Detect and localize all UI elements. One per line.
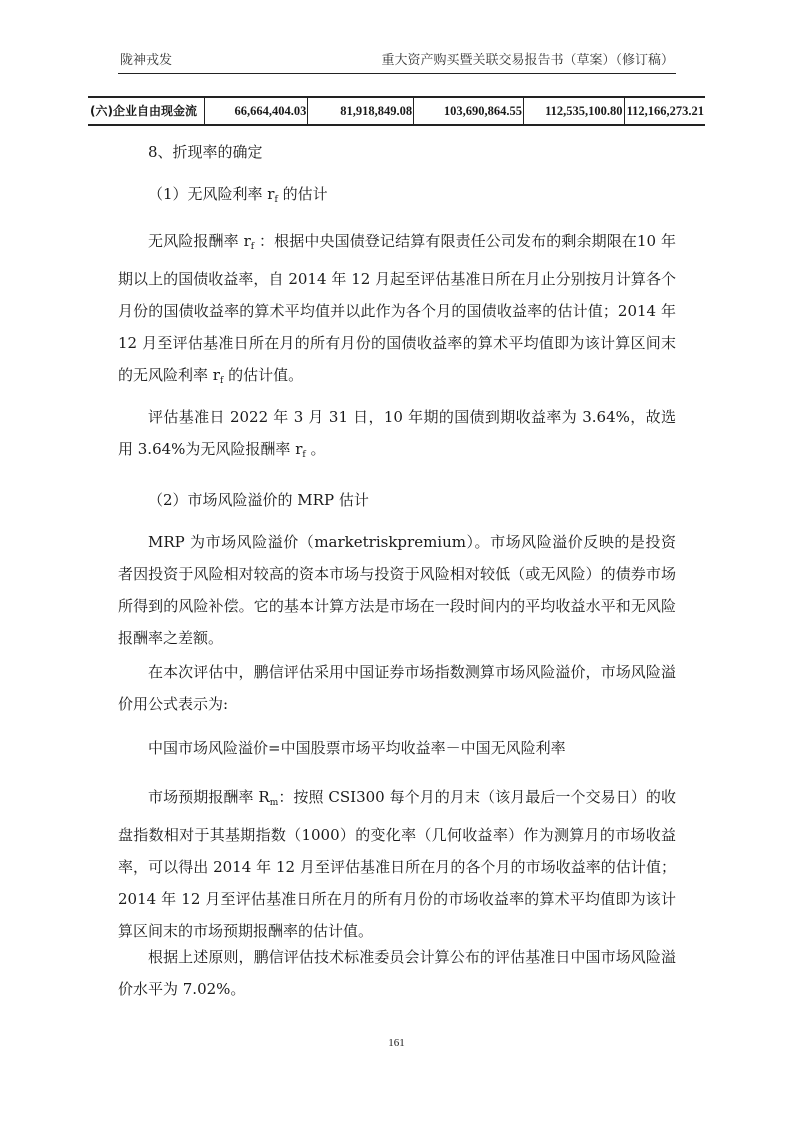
row-label: (六)企业自由现金流	[88, 97, 204, 125]
table-cell: 66,664,404.03	[204, 97, 308, 125]
paragraph-risk-free-definition: 无风险报酬率 rf ：根据中央国债登记结算有限责任公司发布的剩余期限在10 年期…	[118, 225, 676, 397]
header-document-title: 重大资产购买暨关联交易报告书（草案）（修订稿）	[381, 52, 674, 70]
paragraph-mrp-conclusion: 根据上述原则，鹏信评估技术标准委员会计算公布的评估基准日中国市场风险溢价水平为 …	[118, 941, 676, 1005]
header-company: 陇神戎发	[120, 52, 172, 70]
table-cell: 81,918,849.08	[308, 97, 414, 125]
table-cell: 112,535,100.80	[523, 97, 624, 125]
paragraph-mrp-method: 在本次评估中，鹏信评估采用中国证券市场指数测算市场风险溢价，市场风险溢价用公式表…	[118, 656, 676, 720]
paragraph-mrp-definition: MRP 为市场风险溢价（marketriskpremium）。市场风险溢价反映的…	[118, 526, 676, 654]
page-number: 161	[0, 1037, 793, 1049]
paragraph-market-return: 市场预期报酬率 Rm：按照 CSI300 每个月的月末（该月最后一个交易日）的收…	[118, 781, 676, 947]
table-cell: 103,690,864.55	[414, 97, 524, 125]
page-header: 陇神戎发 重大资产购买暨关联交易报告书（草案）（修订稿）	[118, 52, 676, 74]
formula: 中国市场风险溢价=中国股票市场平均收益率－中国无风险利率	[148, 732, 706, 764]
table-row: (六)企业自由现金流 66,664,404.03 81,918,849.08 1…	[88, 97, 705, 125]
free-cash-flow-table: (六)企业自由现金流 66,664,404.03 81,918,849.08 1…	[88, 96, 705, 126]
table-cell: 112,166,273.21	[624, 97, 705, 125]
subsection-title-risk-free-rate: （1）无风险利率 rf 的估计	[148, 178, 706, 216]
paragraph-risk-free-value: 评估基准日 2022 年 3 月 31 日，10 年期的国债到期收益率为 3.6…	[118, 401, 676, 471]
section-title: 8、折现率的确定	[148, 136, 706, 168]
subsection-title-mrp: （2）市场风险溢价的 MRP 估计	[148, 484, 706, 516]
